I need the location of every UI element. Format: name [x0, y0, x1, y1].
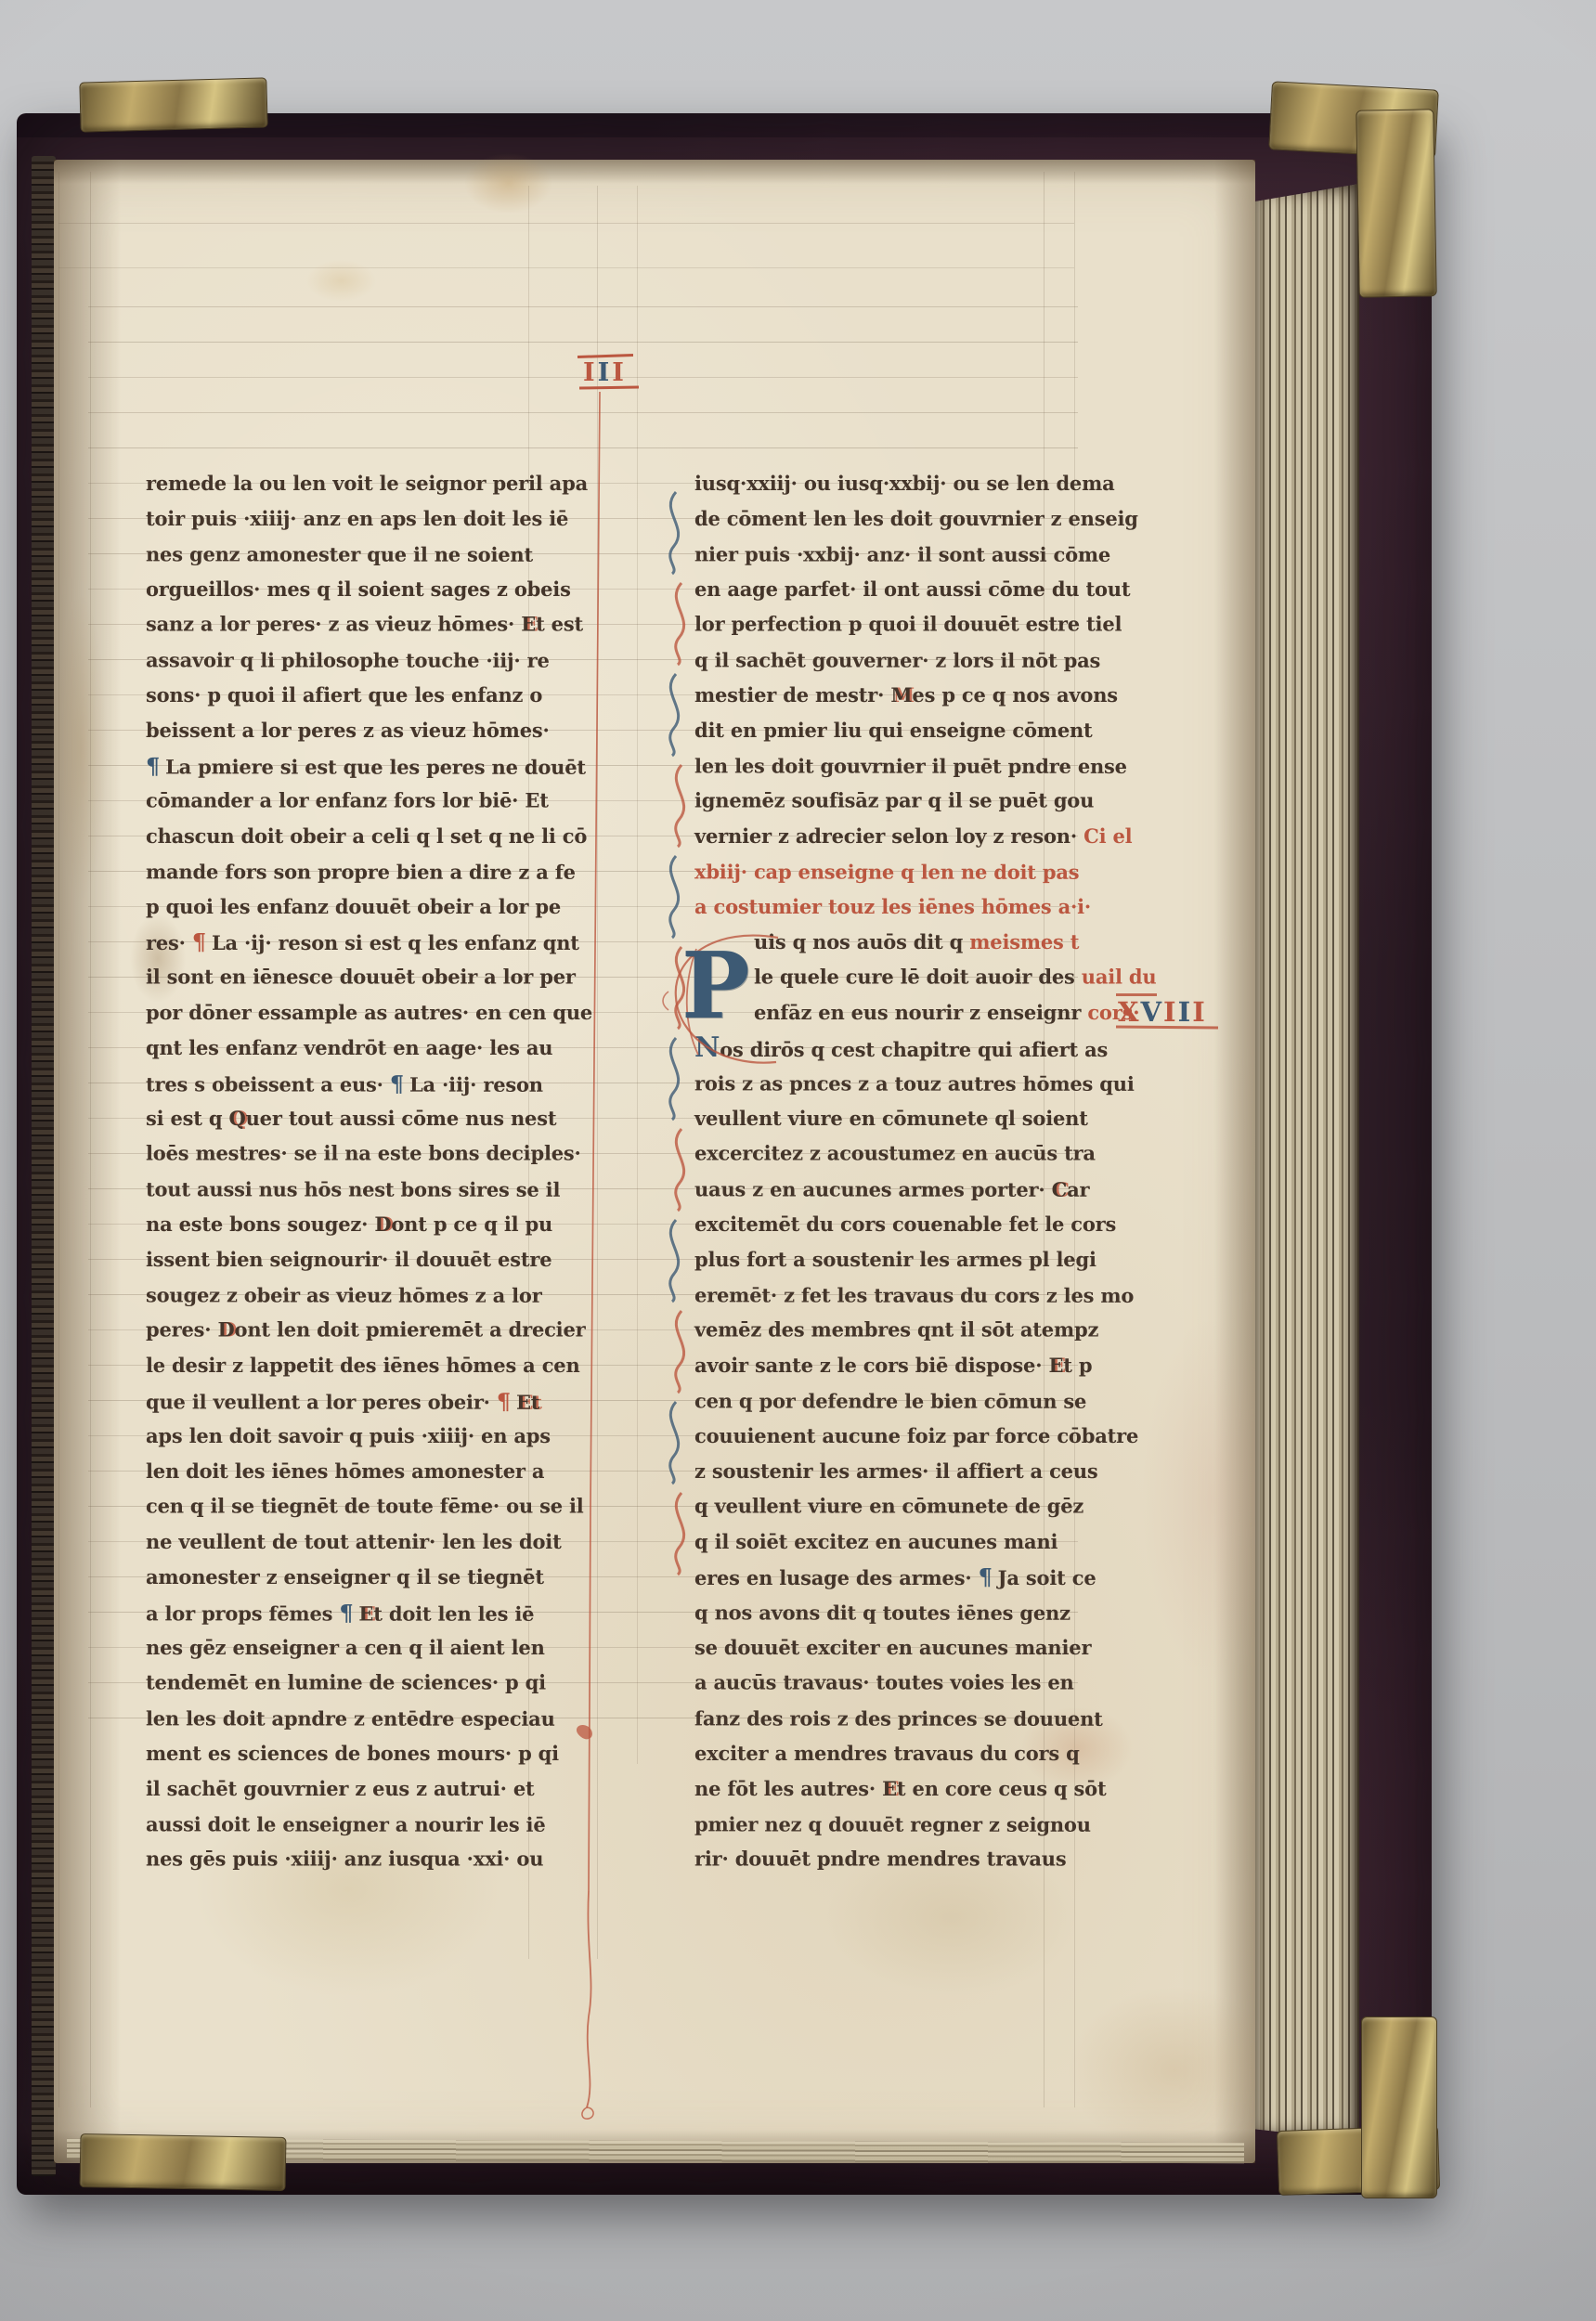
text-line: nes gēz enseigner a cen q il aient len [146, 1630, 652, 1666]
text-line: tres s obeissent a eus· ¶La ·iij· reson [146, 1066, 652, 1102]
text-line: amonester z enseigner q il se tiegnēt [146, 1560, 652, 1595]
fore-edge-shadow [1214, 160, 1255, 2163]
text-line: por dōner essample as autres· en cen que [146, 995, 652, 1031]
text-line: nes gēs puis ·xiiij· anz iusqua ·xxi· ou [146, 1842, 652, 1877]
text-line: lor perfection p quoi il douuēt estre ti… [694, 607, 1103, 642]
text-line: couuienent aucune foiz par force cōbatre [694, 1419, 1103, 1454]
text-line: remede la ou len voit le seignor peril a… [146, 466, 652, 501]
text-line: fanz des rois z des princes se douuent [694, 1701, 1103, 1736]
text-line: iusq·xxiij· ou iusq·xxbij· ou se len dem… [694, 466, 1103, 501]
text-line: ¶La pmiere si est que les peres ne douēt [146, 748, 652, 784]
text-line: peres· Dont len doit pmieremēt a drecier [146, 1313, 652, 1348]
gold-clasp-bottom-left [80, 2133, 287, 2191]
text-line: cōmander a lor enfanz fors lor biē· Et [146, 784, 652, 819]
text-line: il sachēt gouvrnier z eus z autrui· et [146, 1771, 652, 1807]
text-line: toir puis ·xiiij· anz en aps len doit le… [146, 501, 652, 537]
text-line: mande fors son propre bien a dire z a fe [146, 854, 652, 890]
text-line: issent bien seignourir· il douuēt estre [146, 1242, 652, 1277]
text-line: uaus z en aucunes armes porter· Car [694, 1172, 1103, 1207]
text-line: il sont en iēnesce douuēt obeir a lor pe… [146, 960, 652, 995]
gold-corner-top-right-side [1356, 109, 1437, 297]
text-line: ment es sciences de bones mours· p qi [146, 1736, 652, 1771]
cadel-flourish [670, 492, 679, 574]
text-line: se douuēt exciter en aucunes manier [694, 1630, 1103, 1666]
text-line: z soustenir les armes· il affiert a ceus [694, 1454, 1103, 1489]
text-line: p quoi les enfanz douuēt obeir a lor pe [146, 889, 652, 925]
gold-corner-bottom-right-side [1361, 2016, 1437, 2198]
text-line: na este bons sougez· Dont p ce q il pu [146, 1207, 652, 1242]
parchment-page: III 56 remede la ou len voit le seignor … [54, 160, 1255, 2163]
text-line: q il sachēt gouverner· z lors il nōt pas [694, 642, 1103, 678]
text-line: en aage parfet· il ont aussi cōme du tou… [694, 572, 1103, 607]
text-line: eres en lusage des armes· ¶Ja soit ce [694, 1560, 1103, 1595]
text-line: tout aussi nus hōs nest bons sires se il [146, 1172, 652, 1208]
text-line: de cōment len les doit gouvrnier z ensei… [694, 501, 1103, 537]
text-line: assavoir q li philosophe touche ·iij· re [146, 642, 652, 679]
cadel-flourish [676, 583, 684, 665]
numeral-letter: I [1192, 996, 1207, 1028]
left-text-column: remede la ou len voit le seignor peril a… [146, 466, 652, 1877]
text-line: plus fort a soustenir les armes pl legi [694, 1242, 1103, 1277]
text-line: ne fōt les autres· Et en core ceus q sōt [694, 1771, 1103, 1807]
numeral-letter: I [1163, 996, 1178, 1028]
text-line: veullent viure en cōmunete ql soient [694, 1101, 1103, 1136]
numeral-letter: V [1141, 996, 1164, 1028]
text-line: chascun doit obeir a celi q l set q ne l… [146, 819, 652, 854]
text-line: ignemēz soufisāz par q il se puēt gou [694, 784, 1103, 819]
text-line: rir· douuēt pndre mendres travaus [694, 1842, 1103, 1877]
text-line: q nos avons dit q toutes iēnes genz [694, 1595, 1103, 1630]
text-line: excercitez z acoustumez en aucūs tra [694, 1136, 1103, 1172]
text-line: vernier z adrecier selon loy z reson· Ci… [694, 819, 1103, 854]
text-line: sougez z obeir as vieuz hōmes z a lor [146, 1277, 652, 1314]
text-line: excitemēt du cors couenable fet le cors [694, 1207, 1103, 1242]
text-line: len doit les iēnes hōmes amonester a [146, 1454, 652, 1489]
text-line: nier puis ·xxbij· anz· il sont aussi cōm… [694, 537, 1103, 572]
text-line: a costumier touz les iēnes hōmes a·i· [694, 889, 1103, 925]
text-line: loēs mestres· se il na este bons deciple… [146, 1136, 652, 1172]
text-line: exciter a mendres travaus du cors q [694, 1736, 1103, 1771]
right-text-column: iusq·xxiij· ou iusq·xxbij· ou se len dem… [694, 466, 1103, 1877]
text-line: len les doit gouvrnier il puēt pndre ens… [694, 748, 1103, 784]
text-line: tendemēt en lumine de sciences· p qi [146, 1666, 652, 1701]
text-line: pmier nez q douuēt regner z seignou [694, 1807, 1103, 1842]
cadel-flourish [676, 1129, 684, 1211]
left-page-edges [32, 156, 56, 2176]
text-line: xbiij· cap enseigne q len ne doit pas [694, 854, 1103, 889]
text-line: aussi doit le enseigner a nourir les iē [146, 1807, 652, 1843]
gold-clasp-top-left [79, 77, 267, 132]
text-line: que il veullent a lor peres obeir· ¶Et [146, 1383, 652, 1420]
cadel-flourish [676, 765, 684, 847]
text-line: aps len doit savoir q puis ·xiiij· en ap… [146, 1419, 652, 1454]
text-line: cen q por defendre le bien cōmun se [694, 1383, 1103, 1419]
initial-letter-P: P [681, 941, 750, 1032]
text-line: le desir z lappetit des iēnes hōmes a ce… [146, 1348, 652, 1383]
cadel-flourish [670, 674, 679, 756]
text-line: res· ¶La ·ij· reson si est q les enfanz … [146, 925, 652, 960]
cadel-flourish [670, 856, 679, 938]
gutter-shadow [54, 160, 121, 2163]
text-line: nes genz amonester que il ne soient [146, 537, 652, 573]
text-line: q il soiēt excitez en aucunes mani [694, 1524, 1103, 1560]
text-line: a lor props fēmes ¶Et doit len les iē [146, 1595, 652, 1631]
cadel-flourish [676, 1493, 684, 1575]
numeral-letter: X [1118, 996, 1141, 1028]
text-line: q veullent viure en cōmunete de gēz [694, 1489, 1103, 1524]
text-line: si est q Quer tout aussi cōme nus nest [146, 1101, 652, 1136]
fore-edge-page-stack [1255, 184, 1359, 2141]
text-line: dit en pmier liu qui enseigne cōment [694, 713, 1103, 748]
text-line: eremēt· z fet les travaus du cors z les … [694, 1277, 1103, 1313]
text-line: orgueillos· mes q il soient sages z obei… [146, 572, 652, 607]
text-line: a aucūs travaus· toutes voies les en [694, 1666, 1103, 1701]
text-line: beissent a lor peres z as vieuz hōmes· [146, 713, 652, 748]
cadel-flourish [670, 1220, 679, 1302]
text-line: mestier de mestr· Mes p ce q nos avons [694, 678, 1103, 713]
text-line: len les doit apndre z entēdre especiau [146, 1701, 652, 1737]
text-line: avoir sante z le cors biē dispose· Et p [694, 1348, 1103, 1383]
text-line: cen q il se tiegnēt de toute fēme· ou se… [146, 1489, 652, 1524]
manuscript-photograph: III 56 remede la ou len voit le seignor … [0, 0, 1596, 2321]
text-line: sons· p quoi il afiert que les enfanz o [146, 678, 652, 713]
text-line: vemēz des membres qnt il sōt atempz [694, 1313, 1103, 1348]
text-line: qnt les enfanz vendrōt en aage· les au [146, 1031, 652, 1066]
cadel-flourish [670, 1402, 679, 1484]
text-line: sanz a lor peres· z as vieuz hōmes· Et e… [146, 607, 652, 642]
chapter-roman-numeral-xviii: XVIII [1118, 996, 1207, 1028]
numeral-letter: I [1178, 996, 1193, 1028]
text-line: ne veullent de tout attenir· len les doi… [146, 1524, 652, 1560]
cadel-flourish [676, 1311, 684, 1393]
